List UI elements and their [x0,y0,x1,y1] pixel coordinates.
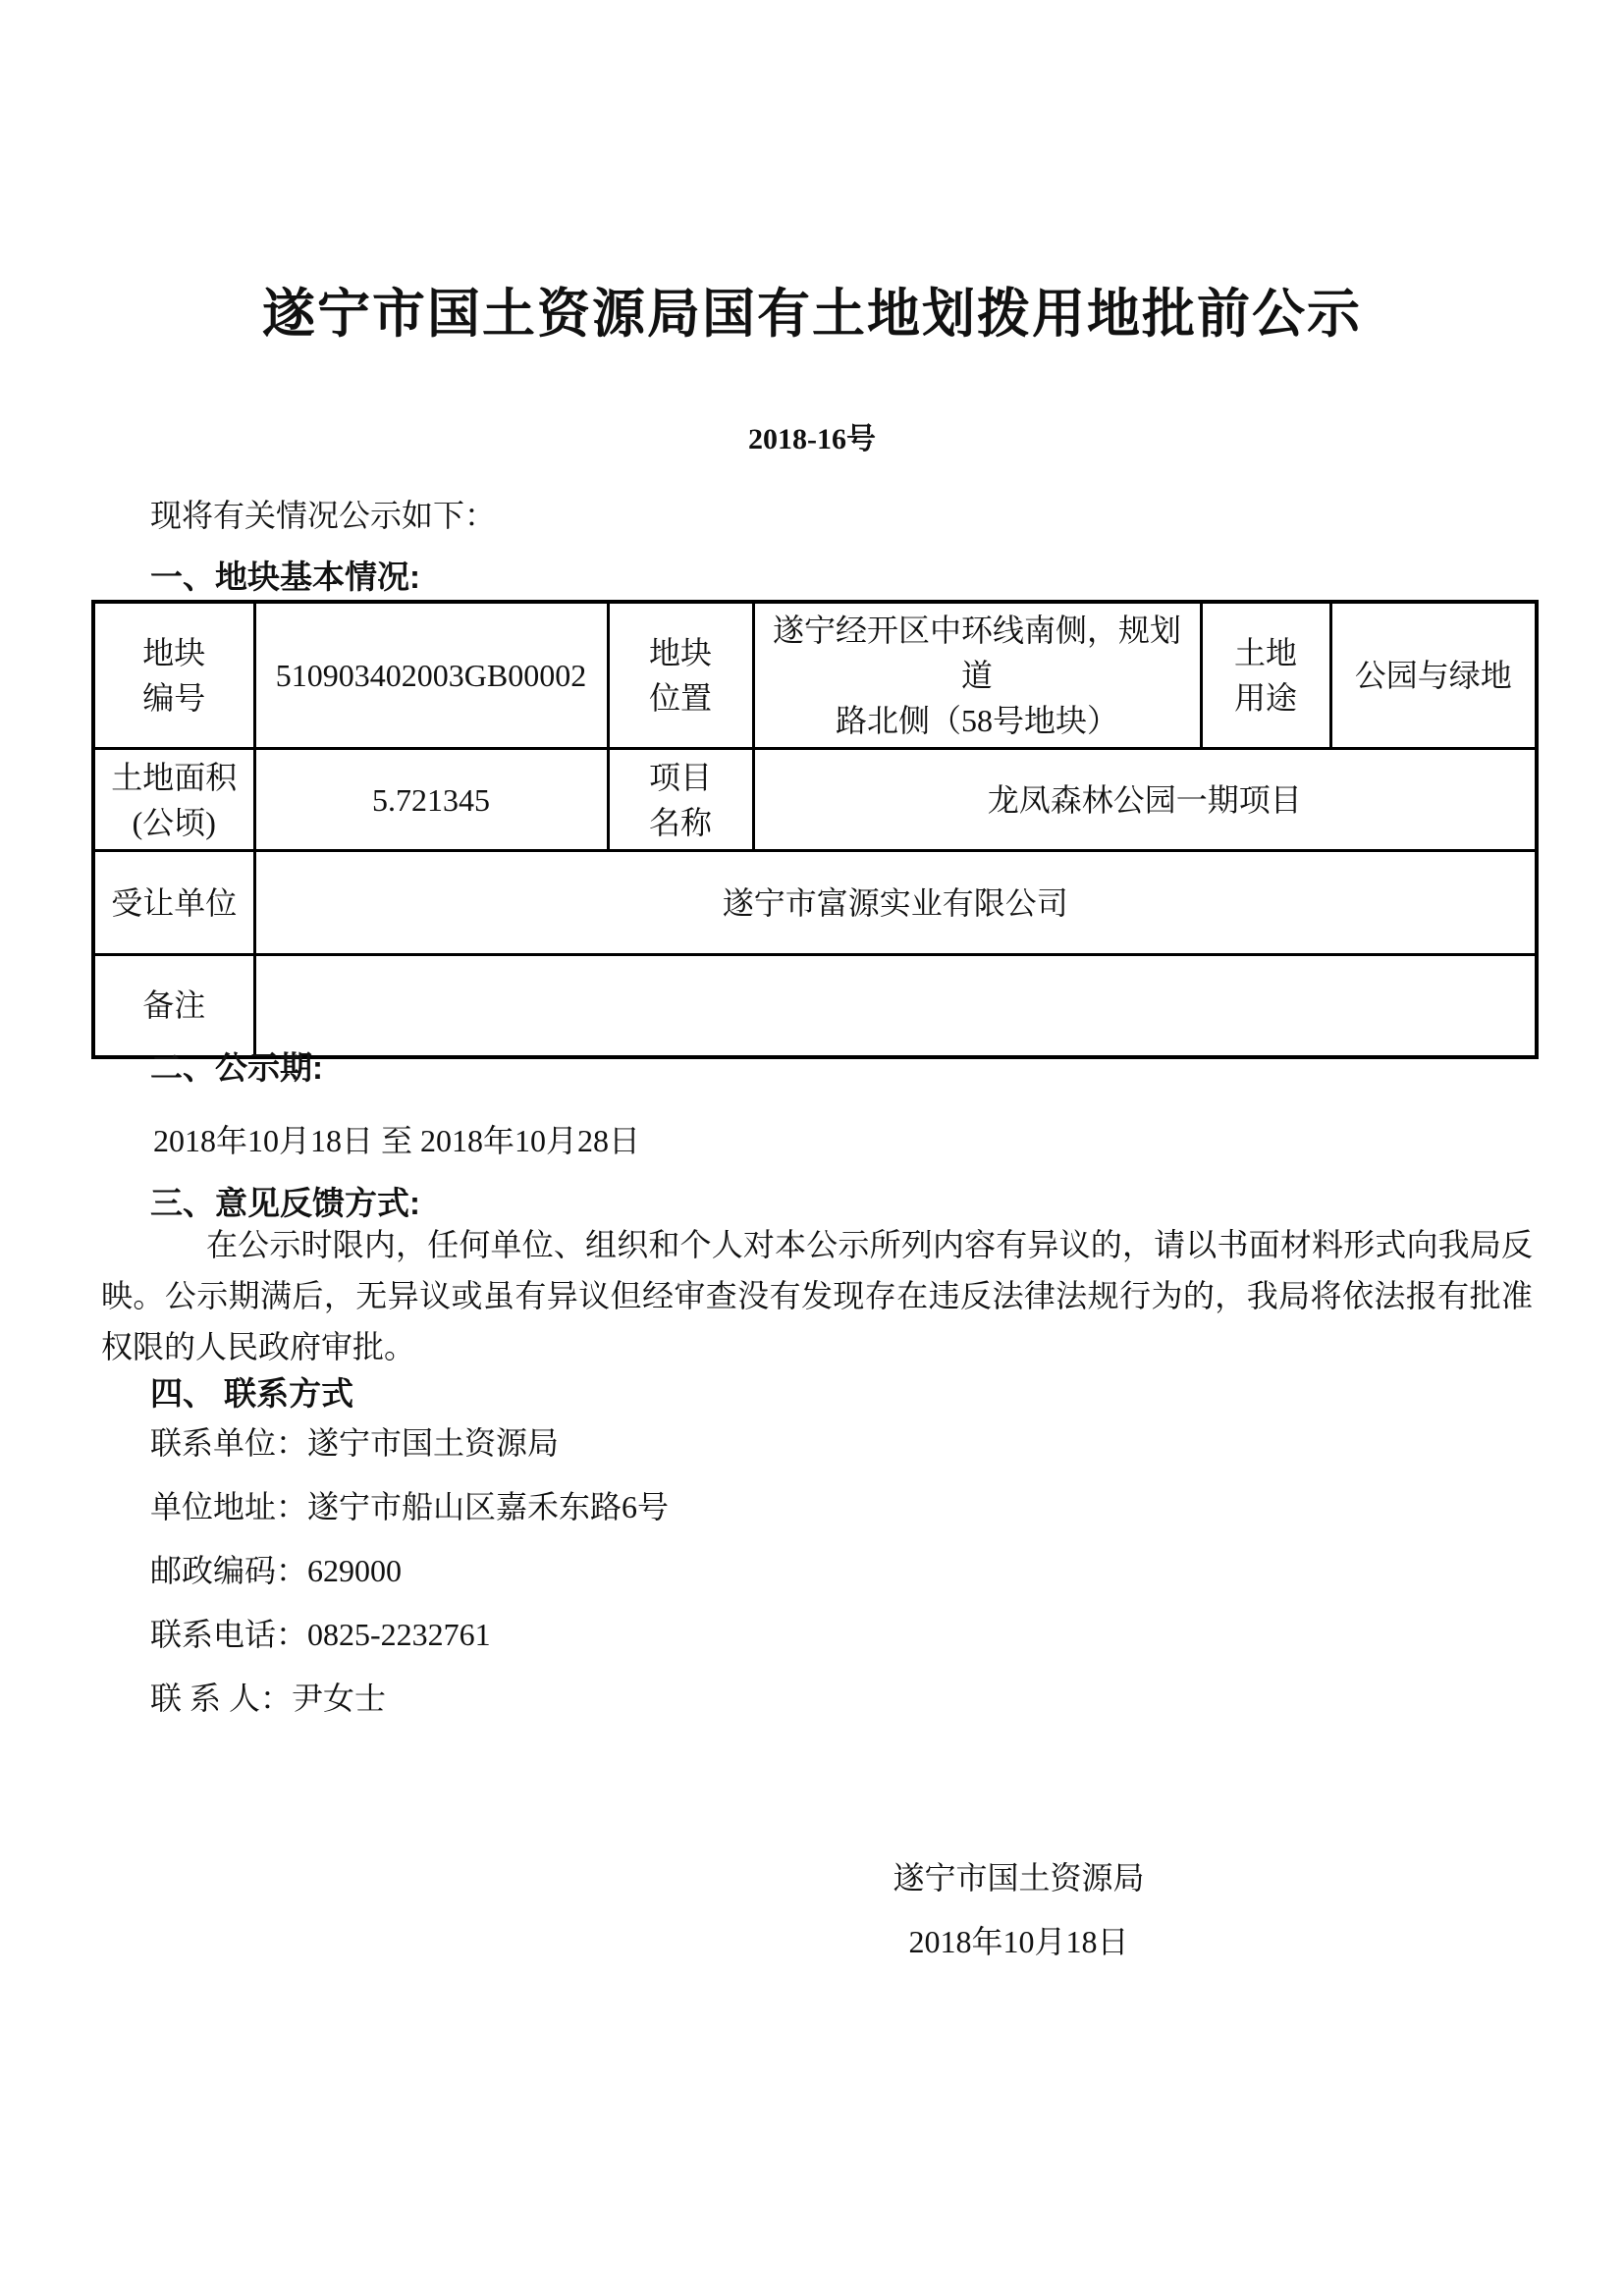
project-name-label: 项目 名称 [608,749,753,851]
table-row: 土地面积 (公顷) 5.721345 项目 名称 龙凤森林公园一期项目 [93,749,1537,851]
document-page: 遂宁市国土资源局国有土地划拨用地批前公示 2018-16号 现将有关情况公示如下… [0,0,1624,2296]
section-3-heading: 三、意见反馈方式: [150,1178,420,1224]
land-area-value: 5.721345 [254,749,608,851]
page-title: 遂宁市国土资源局国有土地划拨用地批前公示 [0,283,1624,347]
intro-text: 现将有关情况公示如下： [150,491,496,536]
signature-block: 遂宁市国土资源局 2018年10月18日 [884,1858,1154,1961]
contact-phone: 联系电话：0825-2232761 [150,1603,669,1667]
parcel-number-label: 地块 编号 [93,602,254,749]
contact-postcode: 邮政编码：629000 [150,1539,669,1603]
publicity-period: 2018年10月18日 至 2018年10月28日 [153,1116,640,1161]
land-use-label: 土地 用途 [1201,602,1330,749]
table-row: 地块 编号 510903402003GB00002 地块 位置 遂宁经开区中环线… [93,602,1537,749]
table-row: 受让单位 遂宁市富源实业有限公司 [93,851,1537,955]
parcel-number-value: 510903402003GB00002 [254,602,608,749]
contact-unit: 联系单位：遂宁市国土资源局 [150,1412,669,1475]
contact-info: 联系单位：遂宁市国土资源局 单位地址：遂宁市船山区嘉禾东路6号 邮政编码：629… [150,1412,669,1731]
feedback-paragraph: 在公示时限内，任何单位、组织和个人对本公示所列内容有异议的，请以书面材料形式向我… [101,1219,1533,1372]
document-number: 2018-16号 [0,414,1624,457]
parcel-location-label: 地块 位置 [608,602,753,749]
parcel-location-value: 遂宁经开区中环线南侧，规划道 路北侧（58号地块） [753,602,1201,749]
grantee-label: 受让单位 [93,851,254,955]
land-area-label: 土地面积 (公顷) [93,749,254,851]
remark-label: 备注 [93,955,254,1057]
project-name-value: 龙凤森林公园一期项目 [753,749,1537,851]
signature-org: 遂宁市国土资源局 [884,1858,1154,1897]
section-2-heading: 二、公示期: [150,1042,323,1089]
signature-date: 2018年10月18日 [884,1922,1154,1961]
contact-person: 联 系 人：尹女士 [150,1667,669,1731]
contact-address: 单位地址：遂宁市船山区嘉禾东路6号 [150,1475,669,1539]
table-row: 备注 [93,955,1537,1057]
section-1-heading: 一、地块基本情况: [150,552,420,598]
land-use-value: 公园与绿地 [1330,602,1537,749]
section-4-heading: 四、 联系方式 [150,1368,353,1415]
remark-value [254,955,1537,1057]
grantee-value: 遂宁市富源实业有限公司 [254,851,1537,955]
parcel-info-table: 地块 编号 510903402003GB00002 地块 位置 遂宁经开区中环线… [91,600,1539,1059]
